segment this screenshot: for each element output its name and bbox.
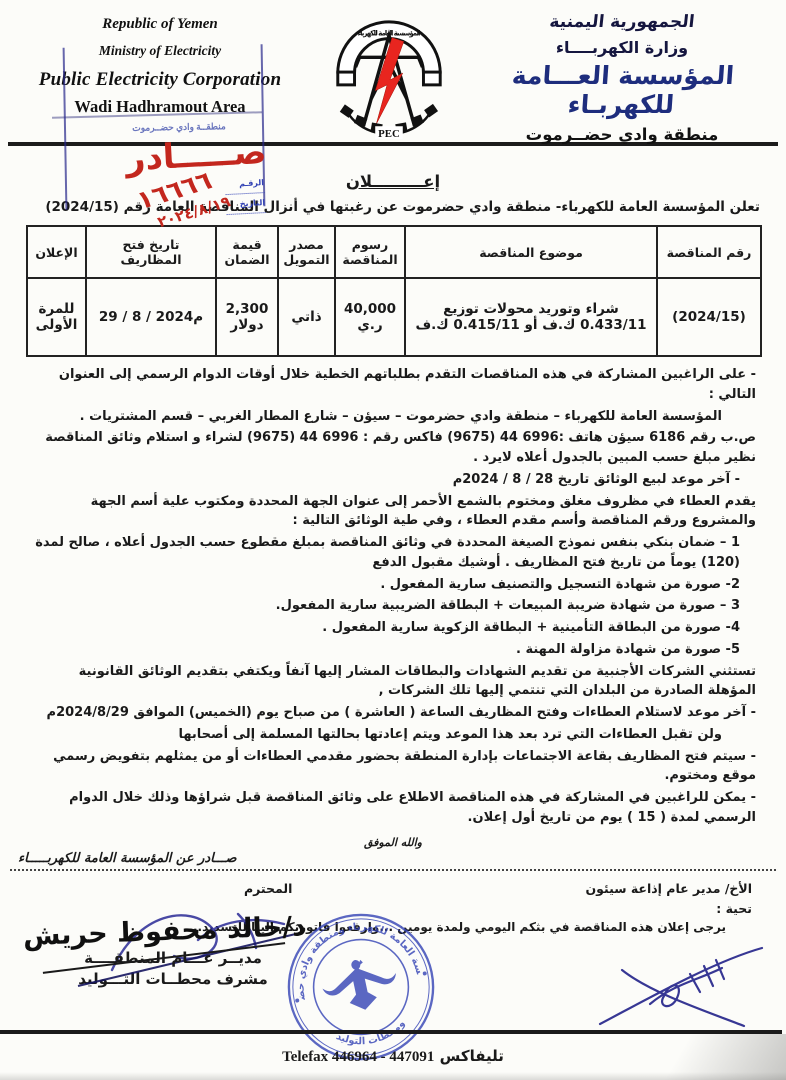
issued-by-line: صـــادر عن المؤسسة العامة للكهربـــــاء <box>10 851 776 871</box>
list-item: 4- صورة من البطاقة التأمينية + البطاقة ا… <box>30 618 756 638</box>
addressee-row: الأخ/ مدير عام إذاعة سيئون المحترم <box>34 881 752 899</box>
footer-telefax: Telefax 446964 - 447091 تليفاكس <box>0 1047 786 1066</box>
col-tender-fees: رسوم المناقصة <box>335 226 405 278</box>
blessing-line: والله الموفق <box>0 836 786 849</box>
country-name-en: Republic of Yemen <box>14 16 306 33</box>
list-item: 5- صورة من شهادة مزاولة المهنة . <box>30 640 756 660</box>
cell-funding-source: ذاتي <box>278 278 335 356</box>
signer-title-struck: مديــر عـــام المنطقــــة <box>68 949 278 967</box>
paragraph: تستثني الشركات الأجنبية من تقديم الشهادا… <box>30 662 756 702</box>
ministry-name-en: Ministry of Electricity <box>14 43 306 59</box>
signature-right-icon <box>592 942 770 1042</box>
pec-logo: المؤسسة العامة للكهرباء <box>314 10 464 142</box>
corporation-name-ar: المؤسسة العـــامة للكهربـاء <box>470 61 774 119</box>
table-header-row: رقم المناقصة موضوع المناقصة رسوم المناقص… <box>27 226 761 278</box>
cell-tender-subject: شراء وتوريد محولات توزيع 0.433/11 ك.ف أو… <box>405 278 657 356</box>
scan-bottom-shade <box>0 1072 786 1080</box>
telefax-number: Telefax 446964 - 447091 <box>282 1049 434 1065</box>
col-envelope-open-date: تاريخ فتح المظاريف <box>86 226 216 278</box>
paragraph: - آخر موعد لبيع الوثائق تاريخ 28 / 8 / 2… <box>30 470 756 490</box>
tender-announcement-document: Republic of Yemen Ministry of Electricit… <box>0 0 786 1080</box>
paragraph: - يمكن للراغبين في المشاركة في هذه المنا… <box>30 788 756 828</box>
signature-left-block: د/خالد محفوظ حريش مديــر عـــام المنطقــ… <box>26 916 306 988</box>
col-funding-source: مصدر التمويل <box>278 226 335 278</box>
list-item: 1 – ضمان بنكي بنفس نموذج الصيغة المحددة … <box>30 533 756 573</box>
list-item: 3 – صورة من شهادة ضريبة المبيعات + البطا… <box>30 596 756 616</box>
cell-tender-number: (2024/15) <box>657 278 761 356</box>
addressee: الأخ/ مدير عام إذاعة سيئون <box>585 881 752 896</box>
cell-guarantee-value: 2,300 دولار <box>216 278 278 356</box>
paragraph: - آخر موعد لاستلام العطاءات وفتح المظاري… <box>30 703 756 723</box>
cell-announcement: للمرة الأولى <box>27 278 86 356</box>
cell-tender-fees: 40,000 ر.ي <box>335 278 405 356</box>
paragraph: ولن تقبل العطاءات التي ترد بعد هذا الموع… <box>30 725 756 745</box>
paragraph: المؤسسة العامة للكهرباء – منطقة وادي حضر… <box>30 407 756 427</box>
col-tender-subject: موضوع المناقصة <box>405 226 657 278</box>
table-row: (2024/15) شراء وتوريد محولات توزيع 0.433… <box>27 278 761 356</box>
paragraph: ص.ب رقم 6186 سيؤن هاتف :6996 44 (9675) ف… <box>30 428 756 468</box>
corporation-name-en: Public Electricity Corporation <box>14 69 306 91</box>
paragraph: - سيتم فتح المظاريف بقاعة الاجتماعات بإد… <box>30 747 756 787</box>
signer-title: مشرف محطــات التـــوليد <box>58 970 288 988</box>
honorific: المحترم <box>244 881 292 896</box>
faint-stamp-overlay-text: منطقــة وادي حضــرموت <box>94 121 264 135</box>
paragraph: - على الراغبين المشاركة في هذه المناقصات… <box>30 365 756 405</box>
footer-divider <box>0 1030 782 1034</box>
greeting: تحية : <box>34 901 752 916</box>
list-item: 2- صورة من شهادة التسجيل والتصنيف سارية … <box>30 575 756 595</box>
intro-sentence: تعلن المؤسسة العامة للكهرباء- منطقة وادي… <box>26 199 760 215</box>
yemen-eagle-emblem-icon <box>318 952 402 1017</box>
col-announcement: الإعلان <box>27 226 86 278</box>
col-guarantee-value: قيمة الضمان <box>216 226 278 278</box>
announcement-title: إعـــــــــلان <box>0 172 786 191</box>
country-name-ar: الجمهورية اليمنية <box>471 12 773 32</box>
letterhead-english: Republic of Yemen Ministry of Electricit… <box>14 10 306 117</box>
logo-pec-label: PEC <box>378 128 400 140</box>
conditions-section: - على الراغبين المشاركة في هذه المناقصات… <box>30 365 756 828</box>
letterhead-arabic: الجمهورية اليمنية وزارة الكهربــــاء الم… <box>472 10 772 144</box>
letterhead: Republic of Yemen Ministry of Electricit… <box>0 0 786 142</box>
area-name-ar: منطقة وادي حضــرموت <box>472 125 772 144</box>
cell-envelope-open-date: 29 / 8 / 2024م <box>86 278 216 356</box>
electricity-tower-logo-icon: المؤسسة العامة للكهرباء <box>320 12 458 142</box>
paragraph: يقدم العطاء في مظروف مغلق ومختوم بالشمع … <box>30 492 756 532</box>
tender-table: رقم المناقصة موضوع المناقصة رسوم المناقص… <box>26 225 762 357</box>
col-tender-number: رقم المناقصة <box>657 226 761 278</box>
telefax-label-ar: تليفاكس <box>440 1047 504 1065</box>
ministry-name-ar: وزارة الكهربــــاء <box>472 38 772 57</box>
